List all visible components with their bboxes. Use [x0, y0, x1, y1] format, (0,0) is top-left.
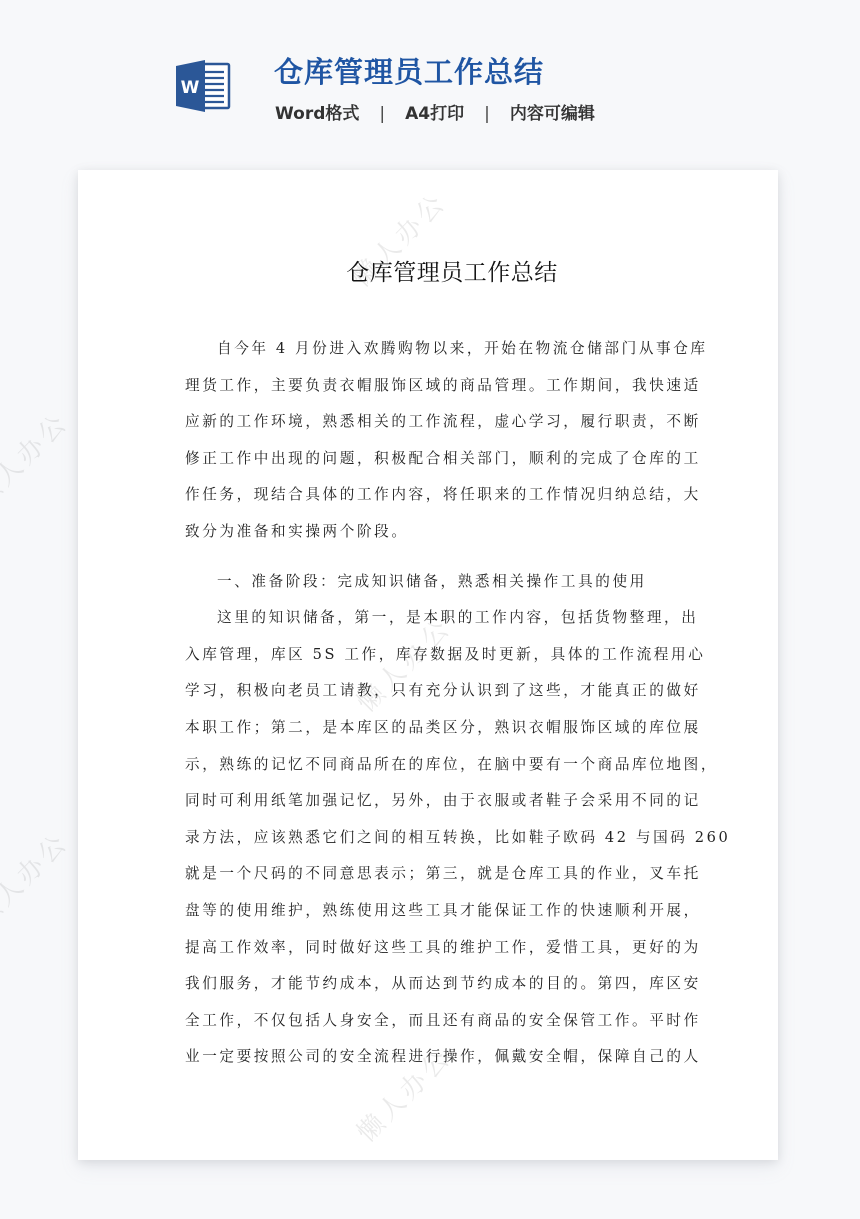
- document-body: 自今年 4 月份进入欢腾购物以来，开始在物流仓储部门从事仓库 理货工作，主要负责…: [185, 331, 677, 1076]
- text-line: 入库管理，库区 5S 工作，库存数据及时更新，具体的工作流程用心: [185, 637, 677, 674]
- text-line: 就是一个尺码的不同意思表示；第三，就是仓库工具的作业，叉车托: [185, 856, 677, 893]
- text-line: 修正工作中出现的问题，积极配合相关部门，顺利的完成了仓库的工: [185, 441, 677, 478]
- watermark: 懒人办公: [0, 823, 76, 934]
- text-line: 本职工作；第二，是本库区的品类区分，熟识衣帽服饰区域的库位展: [185, 710, 677, 747]
- text-line: 全工作，不仅包括人身安全，而且还有商品的安全保管工作。平时作: [185, 1003, 677, 1040]
- watermark: 懒人办公: [0, 403, 76, 514]
- document-title: 仓库管理员工作总结: [78, 256, 778, 290]
- section-heading: 一、准备阶段：完成知识储备，熟悉相关操作工具的使用: [185, 564, 677, 601]
- text-line: 学习，积极向老员工请教，只有充分认识到了这些，才能真正的做好: [185, 673, 677, 710]
- feature-word-format: Word格式: [275, 100, 359, 128]
- text-line: 应新的工作环境，熟悉相关的工作流程，虚心学习，履行职责，不断: [185, 404, 677, 441]
- text-line: 示，熟练的记忆不同商品所在的库位，在脑中要有一个商品库位地图，: [185, 747, 677, 784]
- watermark: 懒人办公: [772, 323, 778, 434]
- text-line: 理货工作，主要负责衣帽服饰区域的商品管理。工作期间，我快速适: [185, 368, 677, 405]
- text-line: 提高工作效率，同时做好这些工具的维护工作，爱惜工具，更好的为: [185, 930, 677, 967]
- header-title: 仓库管理员工作总结: [274, 52, 544, 92]
- feature-a4-print: A4打印: [405, 100, 464, 128]
- paragraph-gap: [185, 551, 677, 564]
- text-line: 业一定要按照公司的安全流程进行操作，佩戴安全帽，保障自己的人: [185, 1039, 677, 1076]
- watermark: 懒人办公: [772, 773, 778, 884]
- document-page: 懒人办公 懒人办公 懒人办公 懒人办公 懒人办公 仓库管理员工作总结 自今年 4…: [78, 170, 778, 1160]
- header-banner: W 仓库管理员工作总结 Word格式 | A4打印 | 内容可编辑: [0, 0, 860, 160]
- header-features: Word格式 | A4打印 | 内容可编辑: [275, 100, 595, 128]
- feature-separator: |: [379, 100, 385, 128]
- feature-separator: |: [484, 100, 490, 128]
- text-line: 这里的知识储备，第一，是本职的工作内容，包括货物整理，出: [185, 600, 677, 637]
- text-line: 作任务，现结合具体的工作内容，将任职来的工作情况归纳总结，大: [185, 477, 677, 514]
- text-line: 录方法，应该熟悉它们之间的相互转换，比如鞋子欧码 42 与国码 260: [185, 820, 677, 857]
- section-heading-line: 一、准备阶段：完成知识储备，熟悉相关操作工具的使用: [185, 564, 677, 601]
- text-line: 我们服务，才能节约成本，从而达到节约成本的目的。第四，库区安: [185, 966, 677, 1003]
- word-document-icon: W: [174, 58, 232, 114]
- text-line: 致分为准备和实操两个阶段。: [185, 514, 677, 551]
- paragraph-intro: 自今年 4 月份进入欢腾购物以来，开始在物流仓储部门从事仓库 理货工作，主要负责…: [185, 331, 677, 551]
- feature-editable: 内容可编辑: [510, 100, 595, 128]
- text-line: 自今年 4 月份进入欢腾购物以来，开始在物流仓储部门从事仓库: [185, 331, 677, 368]
- svg-text:W: W: [181, 78, 200, 98]
- text-line: 同时可利用纸笔加强记忆，另外，由于衣服或者鞋子会采用不同的记: [185, 783, 677, 820]
- text-line: 盘等的使用维护，熟练使用这些工具才能保证工作的快速顺利开展，: [185, 893, 677, 930]
- paragraph-preparation: 这里的知识储备，第一，是本职的工作内容，包括货物整理，出 入库管理，库区 5S …: [185, 600, 677, 1076]
